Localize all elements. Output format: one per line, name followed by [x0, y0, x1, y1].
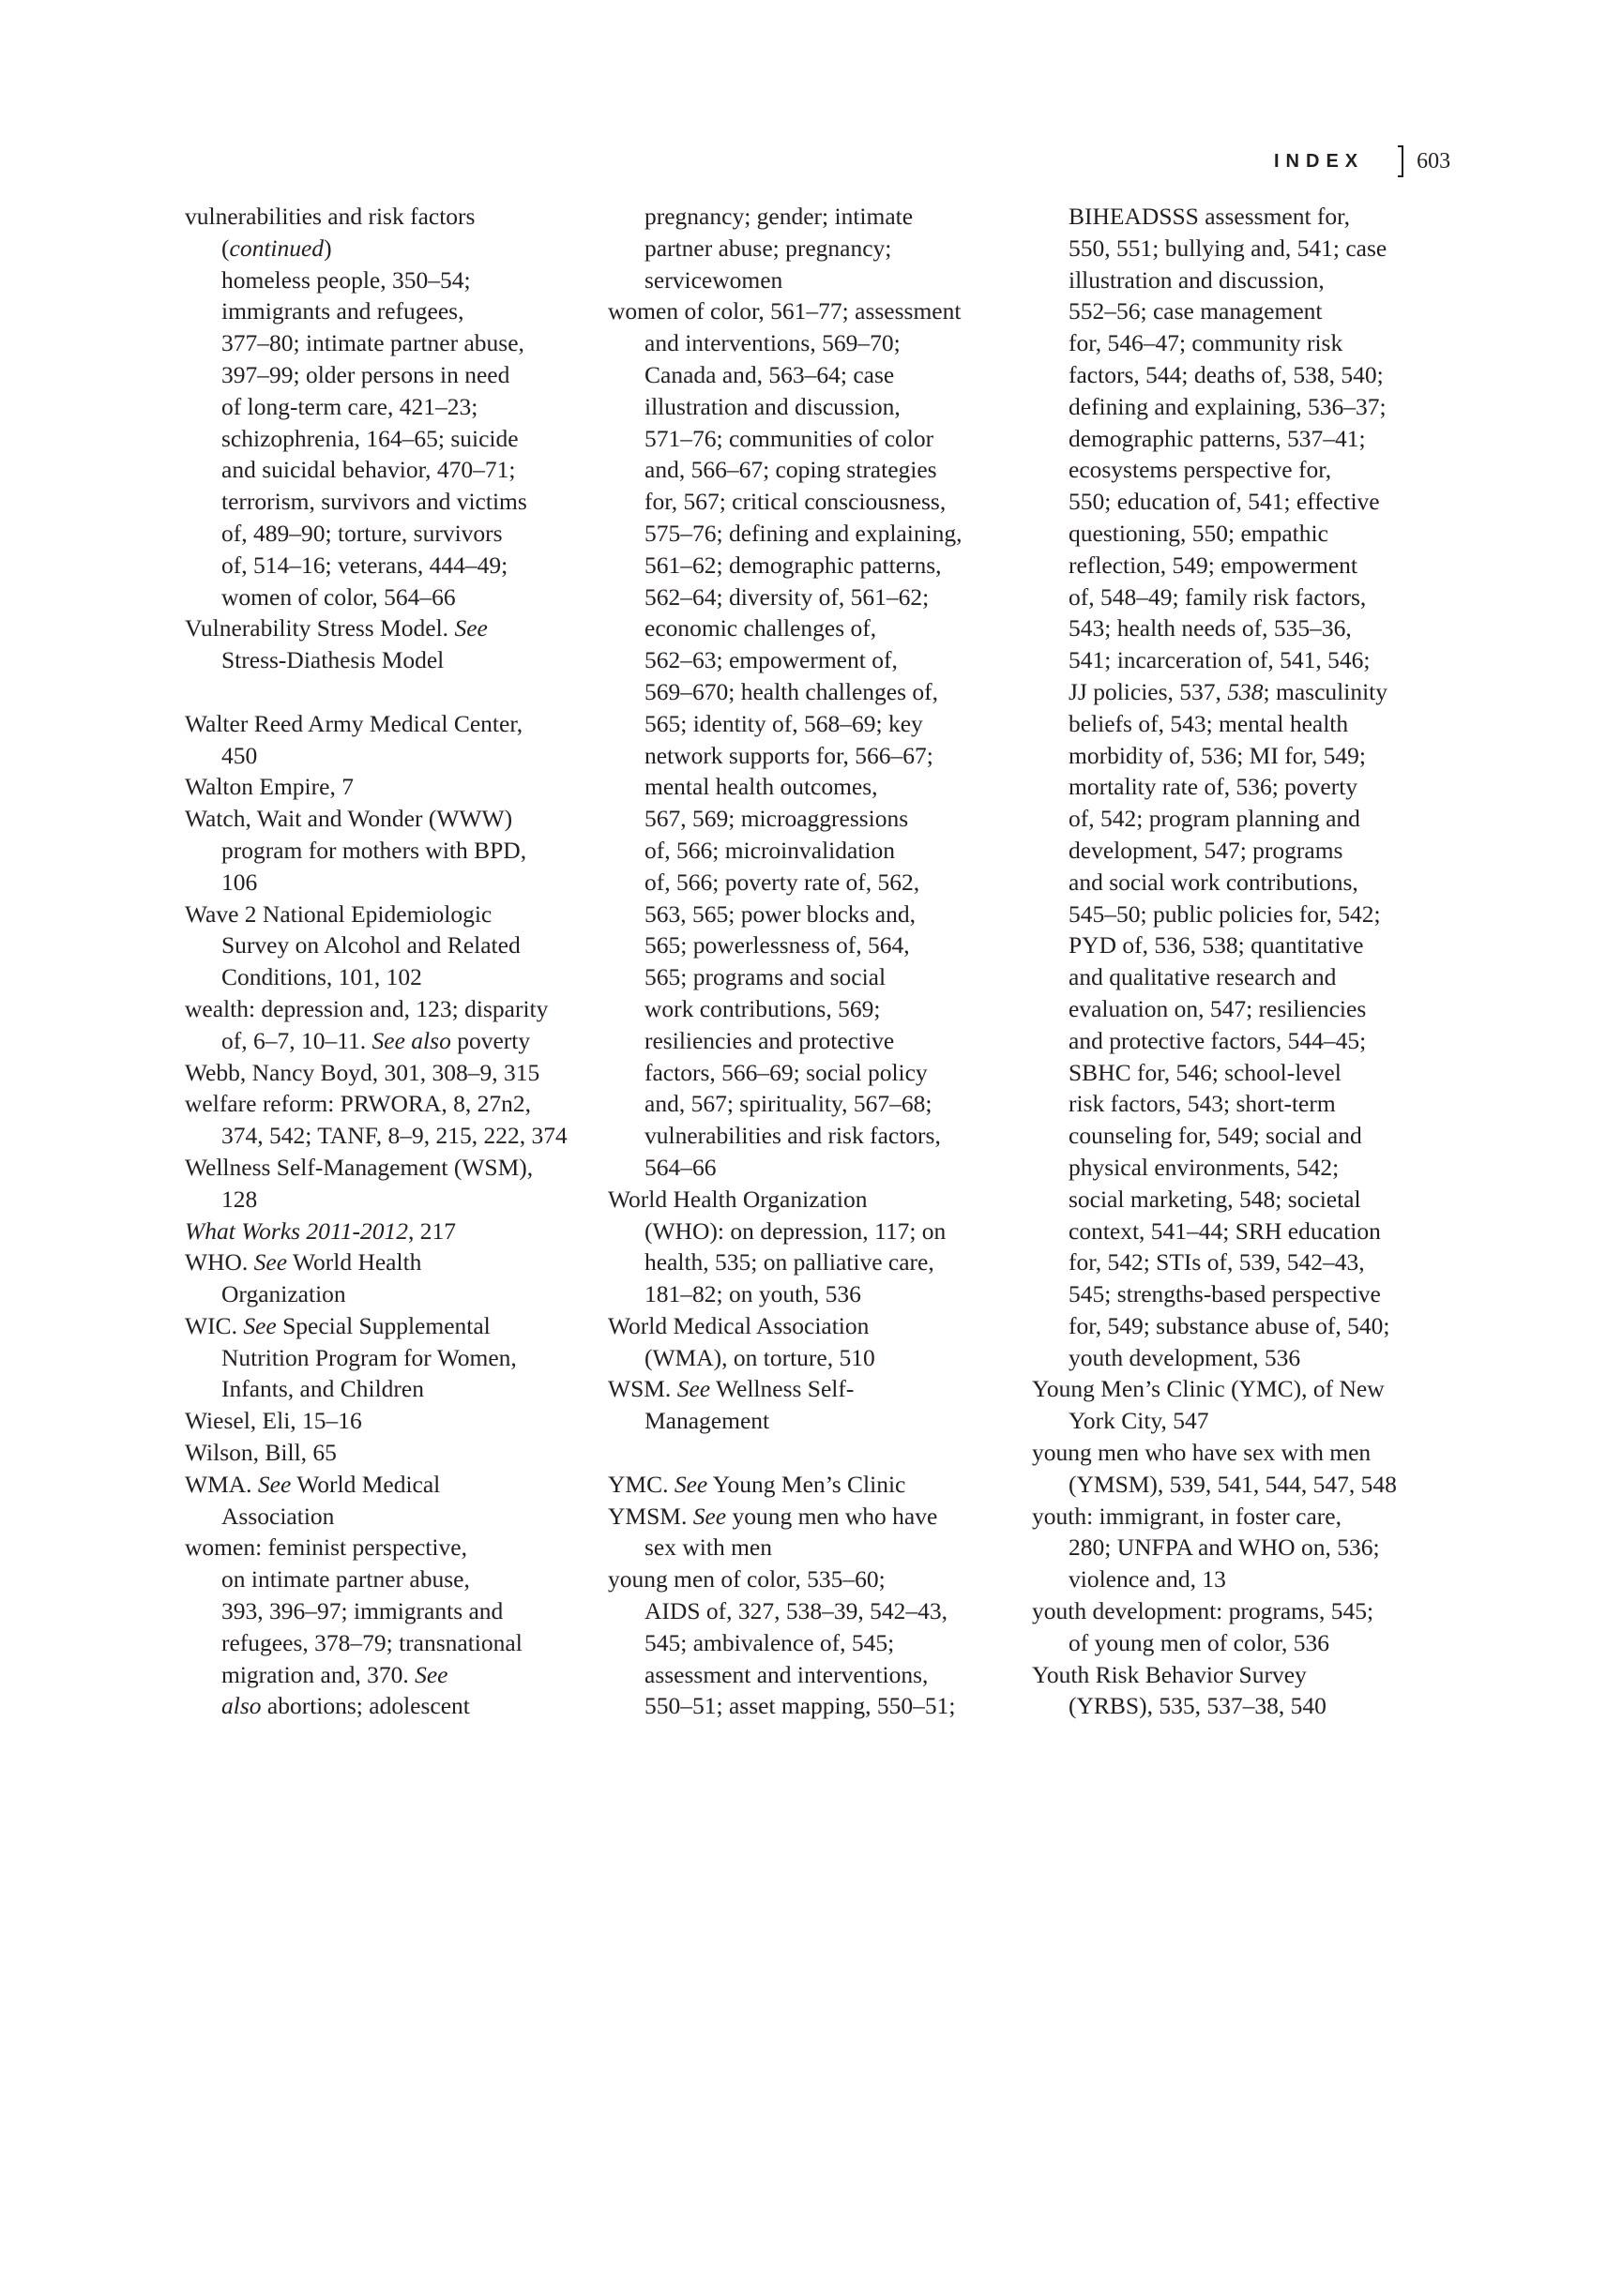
index-text: 280; UNFPA and WHO on, 536;: [1069, 1533, 1380, 1561]
index-text: (YRBS), 535, 537–38, 540: [1069, 1692, 1327, 1719]
index-subentry-line: and social work contributions,: [1032, 867, 1445, 899]
index-subentry-line: York City, 547: [1032, 1405, 1445, 1437]
index-text: women: feminist perspective,: [185, 1533, 467, 1561]
index-text: 106: [221, 869, 257, 896]
index-entry-line: Wilson, Bill, 65: [185, 1437, 598, 1469]
index-text: vulnerabilities and risk factors: [185, 203, 475, 230]
index-subentry-line: on intimate partner abuse,: [185, 1563, 598, 1595]
index-subentry-line: 545; ambivalence of, 545;: [608, 1627, 1021, 1659]
index-text: 450: [221, 742, 257, 769]
index-text: YMSM.: [608, 1503, 693, 1530]
index-text: WSM.: [608, 1375, 677, 1402]
index-column-1: vulnerabilities and risk factors(continu…: [185, 201, 598, 1722]
index-subentry-line: migration and, 370. See: [185, 1659, 598, 1691]
index-text: Organization: [221, 1280, 346, 1307]
index-text: pregnancy; gender; intimate: [644, 203, 913, 230]
index-text: SBHC for, 546; school-level: [1069, 1059, 1342, 1086]
index-text: for, 549; substance abuse of, 540;: [1069, 1312, 1389, 1339]
index-entry-line: WIC. See Special Supplemental: [185, 1310, 598, 1342]
index-text: context, 541–44; SRH education: [1069, 1217, 1381, 1245]
index-text: 561–62; demographic patterns,: [644, 551, 942, 579]
index-subentry-line: 450: [185, 740, 598, 772]
index-text: questioning, 550; empathic: [1069, 520, 1328, 547]
index-text: 545; strengths-based perspective: [1069, 1280, 1381, 1307]
index-entry-line: Walter Reed Army Medical Center,: [185, 708, 598, 740]
index-italic-text: See: [675, 1471, 707, 1498]
index-subentry-line: Management: [608, 1405, 1021, 1437]
index-text: for, 546–47; community risk: [1069, 329, 1342, 356]
index-text: YMC.: [608, 1471, 675, 1498]
index-subentry-line: 545; strengths-based perspective: [1032, 1278, 1445, 1310]
index-text: 181–82; on youth, 536: [644, 1280, 861, 1307]
index-subentry-line: of, 6–7, 10–11. See also poverty: [185, 1025, 598, 1057]
index-entry-line: Wave 2 National Epidemiologic: [185, 899, 598, 930]
index-text: Nutrition Program for Women,: [221, 1344, 517, 1371]
index-text: 562–64; diversity of, 561–62;: [644, 583, 929, 611]
index-text: network supports for, 566–67;: [644, 742, 933, 769]
index-text: Wellness Self-Management (WSM),: [185, 1154, 533, 1181]
index-subentry-line: of, 548–49; family risk factors,: [1032, 582, 1445, 613]
index-subentry-line: 552–56; case management: [1032, 295, 1445, 327]
index-subentry-line: of young men of color, 536: [1032, 1627, 1445, 1659]
index-subentry-line: youth development, 536: [1032, 1342, 1445, 1374]
index-text: Watch, Wait and Wonder (WWW): [185, 805, 512, 832]
index-text: ; masculinity: [1264, 678, 1387, 705]
index-subentry-line: 565; identity of, 568–69; key: [608, 708, 1021, 740]
index-italic-text: See: [677, 1375, 710, 1402]
index-subentry-line: 181–82; on youth, 536: [608, 1278, 1021, 1310]
index-entry-line: young men of color, 535–60;: [608, 1563, 1021, 1595]
index-text: Walton Empire, 7: [185, 773, 354, 800]
index-text: and, 566–67; coping strategies: [644, 456, 937, 483]
index-subentry-line: 393, 396–97; immigrants and: [185, 1595, 598, 1627]
index-text: 545; ambivalence of, 545;: [644, 1629, 894, 1656]
index-subentry-line: AIDS of, 327, 538–39, 542–43,: [608, 1595, 1021, 1627]
index-text: JJ policies, 537,: [1069, 678, 1227, 705]
index-entry-line: Young Men’s Clinic (YMC), of New: [1032, 1373, 1445, 1405]
index-subentry-line: PYD of, 536, 538; quantitative: [1032, 929, 1445, 961]
index-text: Wave 2 National Epidemiologic: [185, 900, 492, 928]
index-text: World Health Organization: [608, 1186, 867, 1213]
index-text: program for mothers with BPD,: [221, 837, 526, 864]
index-subentry-line: (WHO): on depression, 117; on: [608, 1216, 1021, 1247]
index-text: 550, 551; bullying and, 541; case: [1069, 234, 1387, 262]
index-text: mortality rate of, 536; poverty: [1069, 773, 1357, 800]
index-text: World Medical: [291, 1471, 440, 1498]
index-entry-line: vulnerabilities and risk factors: [185, 201, 598, 233]
index-entry-line: youth: immigrant, in foster care,: [1032, 1501, 1445, 1533]
index-subentry-line: 550; education of, 541; effective: [1032, 486, 1445, 518]
index-text: of young men of color, 536: [1069, 1629, 1329, 1656]
index-subentry-line: Conditions, 101, 102: [185, 961, 598, 993]
index-subentry-line: immigrants and refugees,: [185, 295, 598, 327]
index-subentry-line: morbidity of, 536; MI for, 549;: [1032, 740, 1445, 772]
index-text: 397–99; older persons in need: [221, 361, 509, 388]
index-subentry-line: illustration and discussion,: [1032, 264, 1445, 296]
index-subentry-line: 565; programs and social: [608, 961, 1021, 993]
index-italic-text: 538: [1227, 678, 1263, 705]
index-text: vulnerabilities and risk factors,: [644, 1122, 941, 1149]
index-text: for, 567; critical consciousness,: [644, 488, 946, 515]
index-subentry-line: mortality rate of, 536; poverty: [1032, 771, 1445, 803]
index-text: Youth Risk Behavior Survey: [1032, 1661, 1307, 1688]
index-text: sex with men: [644, 1533, 772, 1561]
index-text: health, 535; on palliative care,: [644, 1248, 934, 1276]
running-head-title: INDEX: [1274, 151, 1364, 173]
index-text: 569–670; health challenges of,: [644, 678, 938, 705]
index-subentry-line: (YMSM), 539, 541, 544, 547, 548: [1032, 1469, 1445, 1501]
index-letter-gap: [185, 676, 598, 708]
index-text: immigrants and refugees,: [221, 297, 463, 325]
index-subentry-line: health, 535; on palliative care,: [608, 1246, 1021, 1278]
index-italic-text: See: [415, 1661, 447, 1688]
page-number: 603: [1417, 149, 1450, 174]
index-text: young men who have sex with men: [1032, 1439, 1371, 1466]
index-italic-text: What Works 2011-2012: [185, 1217, 408, 1245]
index-subentry-line: 545–50; public policies for, 542;: [1032, 899, 1445, 930]
index-subentry-line: and qualitative research and: [1032, 961, 1445, 993]
index-entry-line: Youth Risk Behavior Survey: [1032, 1659, 1445, 1691]
index-text: Management: [644, 1407, 769, 1434]
index-text: refugees, 378–79; transnational: [221, 1629, 523, 1656]
index-subentry-line: violence and, 13: [1032, 1563, 1445, 1595]
index-italic-text: See: [693, 1503, 726, 1530]
index-text: Survey on Alcohol and Related: [221, 931, 521, 959]
index-subentry-line: of, 566; microinvalidation: [608, 835, 1021, 867]
index-entry-line: World Medical Association: [608, 1310, 1021, 1342]
index-text: demographic patterns, 537–41;: [1069, 425, 1366, 452]
index-text: for, 542; STIs of, 539, 542–43,: [1069, 1248, 1365, 1276]
index-subentry-line: 571–76; communities of color: [608, 423, 1021, 455]
index-text: poverty: [451, 1027, 530, 1054]
index-entry-line: youth development: programs, 545;: [1032, 1595, 1445, 1627]
index-subentry-line: 567, 569; microaggressions: [608, 803, 1021, 835]
index-subentry-line: (YRBS), 535, 537–38, 540: [1032, 1690, 1445, 1722]
index-subentry-line: vulnerabilities and risk factors,: [608, 1120, 1021, 1152]
index-text: , 217: [408, 1217, 456, 1245]
index-text: Infants, and Children: [221, 1375, 424, 1402]
index-text: Webb, Nancy Boyd, 301, 308–9, 315: [185, 1059, 539, 1086]
index-subentry-line: 397–99; older persons in need: [185, 359, 598, 391]
index-entry-line: WHO. See World Health: [185, 1246, 598, 1278]
index-text: economic challenges of,: [644, 614, 876, 642]
index-text: 550–51; asset mapping, 550–51;: [644, 1692, 955, 1719]
index-subentry-line: network supports for, 566–67;: [608, 740, 1021, 772]
index-text: factors, 566–69; social policy: [644, 1059, 928, 1086]
index-text: physical environments, 542;: [1069, 1154, 1339, 1181]
index-column-2: pregnancy; gender; intimatepartner abuse…: [608, 201, 1021, 1722]
index-italic-text: See: [454, 614, 487, 642]
index-text: Canada and, 563–64; case: [644, 361, 894, 388]
index-text: factors, 544; deaths of, 538, 540;: [1069, 361, 1384, 388]
index-text: 565; identity of, 568–69; key: [644, 710, 923, 737]
index-text: 374, 542; TANF, 8–9, 215, 222, 374: [221, 1122, 568, 1149]
index-italic-text: See: [258, 1471, 291, 1498]
index-subentry-line: physical environments, 542;: [1032, 1152, 1445, 1184]
index-text: reflection, 549; empowerment: [1069, 551, 1357, 579]
index-text: youth development: programs, 545;: [1032, 1597, 1373, 1624]
index-text: Wellness Self-: [710, 1375, 854, 1402]
index-subentry-line: for, 549; substance abuse of, 540;: [1032, 1310, 1445, 1342]
index-subentry-line: (continued): [185, 233, 598, 264]
index-entry-line: Webb, Nancy Boyd, 301, 308–9, 315: [185, 1057, 598, 1089]
index-text: World Medical Association: [608, 1312, 869, 1339]
index-text: of, 489–90; torture, survivors: [221, 520, 503, 547]
index-subentry-line: also abortions; adolescent: [185, 1690, 598, 1722]
index-subentry-line: 128: [185, 1184, 598, 1216]
index-text: Vulnerability Stress Model.: [185, 614, 454, 642]
index-text: (WHO): on depression, 117; on: [644, 1217, 946, 1245]
index-subentry-line: BIHEADSSS assessment for,: [1032, 201, 1445, 233]
index-subentry-line: JJ policies, 537, 538; masculinity: [1032, 676, 1445, 708]
index-subentry-line: mental health outcomes,: [608, 771, 1021, 803]
index-text: 545–50; public policies for, 542;: [1069, 900, 1381, 928]
index-entry-line: YMSM. See young men who have: [608, 1501, 1021, 1533]
index-text: 567, 569; microaggressions: [644, 805, 908, 832]
index-text: partner abuse; pregnancy;: [644, 234, 891, 262]
index-text: (WMA), on torture, 510: [644, 1344, 875, 1371]
index-subentry-line: counseling for, 549; social and: [1032, 1120, 1445, 1152]
index-subentry-line: assessment and interventions,: [608, 1659, 1021, 1691]
index-subentry-line: Canada and, 563–64; case: [608, 359, 1021, 391]
index-text: youth development, 536: [1069, 1344, 1300, 1371]
index-subentry-line: and suicidal behavior, 470–71;: [185, 454, 598, 486]
index-subentry-line: risk factors, 543; short-term: [1032, 1088, 1445, 1120]
index-text: BIHEADSSS assessment for,: [1069, 203, 1350, 230]
index-subentry-line: 561–62; demographic patterns,: [608, 550, 1021, 582]
index-text: ecosystems perspective for,: [1069, 456, 1331, 483]
index-subentry-line: refugees, 378–79; transnational: [185, 1627, 598, 1659]
index-text: and social work contributions,: [1069, 869, 1358, 896]
index-subentry-line: social marketing, 548; societal: [1032, 1184, 1445, 1216]
index-entry-line: Wiesel, Eli, 15–16: [185, 1405, 598, 1437]
index-subentry-line: and interventions, 569–70;: [608, 327, 1021, 359]
index-subentry-line: and, 566–67; coping strategies: [608, 454, 1021, 486]
index-text: WHO.: [185, 1248, 254, 1276]
index-subentry-line: of, 514–16; veterans, 444–49;: [185, 550, 598, 582]
index-text: Young Men’s Clinic (YMC), of New: [1032, 1375, 1385, 1402]
index-text: 571–76; communities of color: [644, 425, 933, 452]
index-subentry-line: context, 541–44; SRH education: [1032, 1216, 1445, 1247]
index-subentry-line: 374, 542; TANF, 8–9, 215, 222, 374: [185, 1120, 598, 1152]
index-text: resiliencies and protective: [644, 1027, 894, 1054]
index-text: development, 547; programs: [1069, 837, 1342, 864]
index-text: migration and, 370.: [221, 1661, 415, 1688]
index-subentry-line: program for mothers with BPD,: [185, 835, 598, 867]
index-subentry-line: Stress-Diathesis Model: [185, 644, 598, 676]
index-text: PYD of, 536, 538; quantitative: [1069, 931, 1363, 959]
index-subentry-line: ecosystems perspective for,: [1032, 454, 1445, 486]
index-text: ): [324, 234, 332, 262]
index-text: of, 6–7, 10–11.: [221, 1027, 372, 1054]
index-subentry-line: development, 547; programs: [1032, 835, 1445, 867]
index-text: women of color, 561–77; assessment: [608, 297, 961, 325]
index-text: of, 566; microinvalidation: [644, 837, 895, 864]
index-subentry-line: resiliencies and protective: [608, 1025, 1021, 1057]
index-entry-line: World Health Organization: [608, 1184, 1021, 1216]
index-subentry-line: Association: [185, 1501, 598, 1533]
index-text: morbidity of, 536; MI for, 549;: [1069, 742, 1366, 769]
index-subentry-line: 550, 551; bullying and, 541; case: [1032, 233, 1445, 264]
index-text: welfare reform: PRWORA, 8, 27n2,: [185, 1090, 531, 1117]
index-subentry-line: defining and explaining, 536–37;: [1032, 391, 1445, 423]
index-text: servicewomen: [644, 266, 782, 294]
index-text: illustration and discussion,: [1069, 266, 1325, 294]
index-text: on intimate partner abuse,: [221, 1565, 470, 1593]
index-text: 550; education of, 541; effective: [1069, 488, 1380, 515]
index-text: assessment and interventions,: [644, 1661, 928, 1688]
index-subentry-line: 575–76; defining and explaining,: [608, 518, 1021, 550]
index-text: 543; health needs of, 535–36,: [1069, 614, 1352, 642]
index-text: 563, 565; power blocks and,: [644, 900, 916, 928]
index-subentry-line: factors, 544; deaths of, 538, 540;: [1032, 359, 1445, 391]
index-text: of, 566; poverty rate of, 562,: [644, 869, 919, 896]
index-subentry-line: 377–80; intimate partner abuse,: [185, 327, 598, 359]
index-subentry-line: Survey on Alcohol and Related: [185, 929, 598, 961]
index-text: 562–63; empowerment of,: [644, 646, 898, 673]
index-text: Walter Reed Army Medical Center,: [185, 710, 523, 737]
index-subentry-line: Organization: [185, 1278, 598, 1310]
index-entry-line: Vulnerability Stress Model. See: [185, 612, 598, 644]
index-subentry-line: economic challenges of,: [608, 612, 1021, 644]
index-subentry-line: for, 546–47; community risk: [1032, 327, 1445, 359]
index-subentry-line: partner abuse; pregnancy;: [608, 233, 1021, 264]
index-subentry-line: servicewomen: [608, 264, 1021, 296]
index-italic-text: also: [221, 1692, 262, 1719]
index-text: young men who have: [726, 1503, 937, 1530]
index-entry-line: WMA. See World Medical: [185, 1469, 598, 1501]
index-subentry-line: terrorism, survivors and victims: [185, 486, 598, 518]
index-subentry-line: 569–670; health challenges of,: [608, 676, 1021, 708]
index-entry-line: Walton Empire, 7: [185, 771, 598, 803]
index-text: of, 548–49; family risk factors,: [1069, 583, 1366, 611]
index-text: women of color, 564–66: [221, 583, 456, 611]
index-entry-line: WSM. See Wellness Self-: [608, 1373, 1021, 1405]
index-subentry-line: homeless people, 350–54;: [185, 264, 598, 296]
index-text: World Health: [287, 1248, 421, 1276]
index-text: Wilson, Bill, 65: [185, 1439, 337, 1466]
index-text: of, 542; program planning and: [1069, 805, 1360, 832]
index-text: abortions; adolescent: [262, 1692, 470, 1719]
index-subentry-line: 550–51; asset mapping, 550–51;: [608, 1690, 1021, 1722]
index-entry-line: welfare reform: PRWORA, 8, 27n2,: [185, 1088, 598, 1120]
index-entry-line: wealth: depression and, 123; disparity: [185, 993, 598, 1025]
index-subentry-line: sex with men: [608, 1532, 1021, 1563]
index-subentry-line: 564–66: [608, 1152, 1021, 1184]
index-text: 393, 396–97; immigrants and: [221, 1597, 503, 1624]
index-text: and suicidal behavior, 470–71;: [221, 456, 515, 483]
index-subentry-line: beliefs of, 543; mental health: [1032, 708, 1445, 740]
index-entry-line: YMC. See Young Men’s Clinic: [608, 1469, 1021, 1501]
index-text: mental health outcomes,: [644, 773, 878, 800]
index-text: and, 567; spirituality, 567–68;: [644, 1090, 932, 1117]
index-text: WIC.: [185, 1312, 243, 1339]
index-subentry-line: demographic patterns, 537–41;: [1032, 423, 1445, 455]
index-subentry-line: of long-term care, 421–23;: [185, 391, 598, 423]
index-text: Stress-Diathesis Model: [221, 646, 444, 673]
index-text: 565; powerlessness of, 564,: [644, 931, 910, 959]
index-text: AIDS of, 327, 538–39, 542–43,: [644, 1597, 948, 1624]
index-text: of, 514–16; veterans, 444–49;: [221, 551, 508, 579]
index-subentry-line: Nutrition Program for Women,: [185, 1342, 598, 1374]
index-text: risk factors, 543; short-term: [1069, 1090, 1336, 1117]
index-text: 565; programs and social: [644, 963, 886, 990]
index-subentry-line: women of color, 564–66: [185, 582, 598, 613]
index-text: of long-term care, 421–23;: [221, 393, 478, 420]
index-text: beliefs of, 543; mental health: [1069, 710, 1348, 737]
index-subentry-line: (WMA), on torture, 510: [608, 1342, 1021, 1374]
index-entry-line: women of color, 561–77; assessment: [608, 295, 1021, 327]
index-entry-line: Watch, Wait and Wonder (WWW): [185, 803, 598, 835]
index-subentry-line: evaluation on, 547; resiliencies: [1032, 993, 1445, 1025]
index-subentry-line: factors, 566–69; social policy: [608, 1057, 1021, 1089]
index-subentry-line: for, 542; STIs of, 539, 542–43,: [1032, 1246, 1445, 1278]
index-subentry-line: 562–63; empowerment of,: [608, 644, 1021, 676]
index-text: 575–76; defining and explaining,: [644, 520, 963, 547]
index-text: Wiesel, Eli, 15–16: [185, 1407, 362, 1434]
index-subentry-line: and protective factors, 544–45;: [1032, 1025, 1445, 1057]
index-text: and qualitative research and: [1069, 963, 1336, 990]
index-subentry-line: Infants, and Children: [185, 1373, 598, 1405]
index-subentry-line: questioning, 550; empathic: [1032, 518, 1445, 550]
index-text: homeless people, 350–54;: [221, 266, 471, 294]
index-subentry-line: 541; incarceration of, 541, 546;: [1032, 644, 1445, 676]
index-text: terrorism, survivors and victims: [221, 488, 527, 515]
index-text: Young Men’s Clinic: [707, 1471, 905, 1498]
index-entry-line: Wellness Self-Management (WSM),: [185, 1152, 598, 1184]
index-subentry-line: pregnancy; gender; intimate: [608, 201, 1021, 233]
index-text: youth: immigrant, in foster care,: [1032, 1503, 1342, 1530]
index-text: (: [221, 234, 230, 262]
index-text: defining and explaining, 536–37;: [1069, 393, 1387, 420]
index-subentry-line: 565; powerlessness of, 564,: [608, 929, 1021, 961]
index-italic-text: See: [243, 1312, 276, 1339]
index-text: counseling for, 549; social and: [1069, 1122, 1362, 1149]
index-text: illustration and discussion,: [644, 393, 901, 420]
index-text: violence and, 13: [1069, 1565, 1226, 1593]
index-subentry-line: 563, 565; power blocks and,: [608, 899, 1021, 930]
index-subentry-line: 280; UNFPA and WHO on, 536;: [1032, 1532, 1445, 1563]
index-entry-line: young men who have sex with men: [1032, 1437, 1445, 1469]
running-head: INDEX 603: [1274, 143, 1450, 180]
index-text: 128: [221, 1186, 257, 1213]
index-subentry-line: reflection, 549; empowerment: [1032, 550, 1445, 582]
index-column-3: BIHEADSSS assessment for,550, 551; bully…: [1032, 201, 1445, 1722]
index-subentry-line: schizophrenia, 164–65; suicide: [185, 423, 598, 455]
index-subentry-line: 562–64; diversity of, 561–62;: [608, 582, 1021, 613]
index-text: schizophrenia, 164–65; suicide: [221, 425, 519, 452]
index-text: and protective factors, 544–45;: [1069, 1027, 1366, 1054]
index-text: WMA.: [185, 1471, 258, 1498]
index-subentry-line: of, 566; poverty rate of, 562,: [608, 867, 1021, 899]
index-subentry-line: illustration and discussion,: [608, 391, 1021, 423]
index-entry-line: women: feminist perspective,: [185, 1532, 598, 1563]
index-italic-text: See: [254, 1248, 287, 1276]
index-text: Association: [221, 1503, 334, 1530]
index-text: (YMSM), 539, 541, 544, 547, 548: [1069, 1471, 1397, 1498]
index-subentry-line: work contributions, 569;: [608, 993, 1021, 1025]
index-subentry-line: for, 567; critical consciousness,: [608, 486, 1021, 518]
index-text: social marketing, 548; societal: [1069, 1186, 1361, 1213]
index-text: 377–80; intimate partner abuse,: [221, 329, 524, 356]
index-subentry-line: and, 567; spirituality, 567–68;: [608, 1088, 1021, 1120]
index-text: York City, 547: [1069, 1407, 1209, 1434]
index-text: evaluation on, 547; resiliencies: [1069, 995, 1366, 1022]
index-subentry-line: 543; health needs of, 535–36,: [1032, 612, 1445, 644]
index-subentry-line: of, 542; program planning and: [1032, 803, 1445, 835]
index-text: wealth: depression and, 123; disparity: [185, 995, 548, 1022]
index-subentry-line: of, 489–90; torture, survivors: [185, 518, 598, 550]
